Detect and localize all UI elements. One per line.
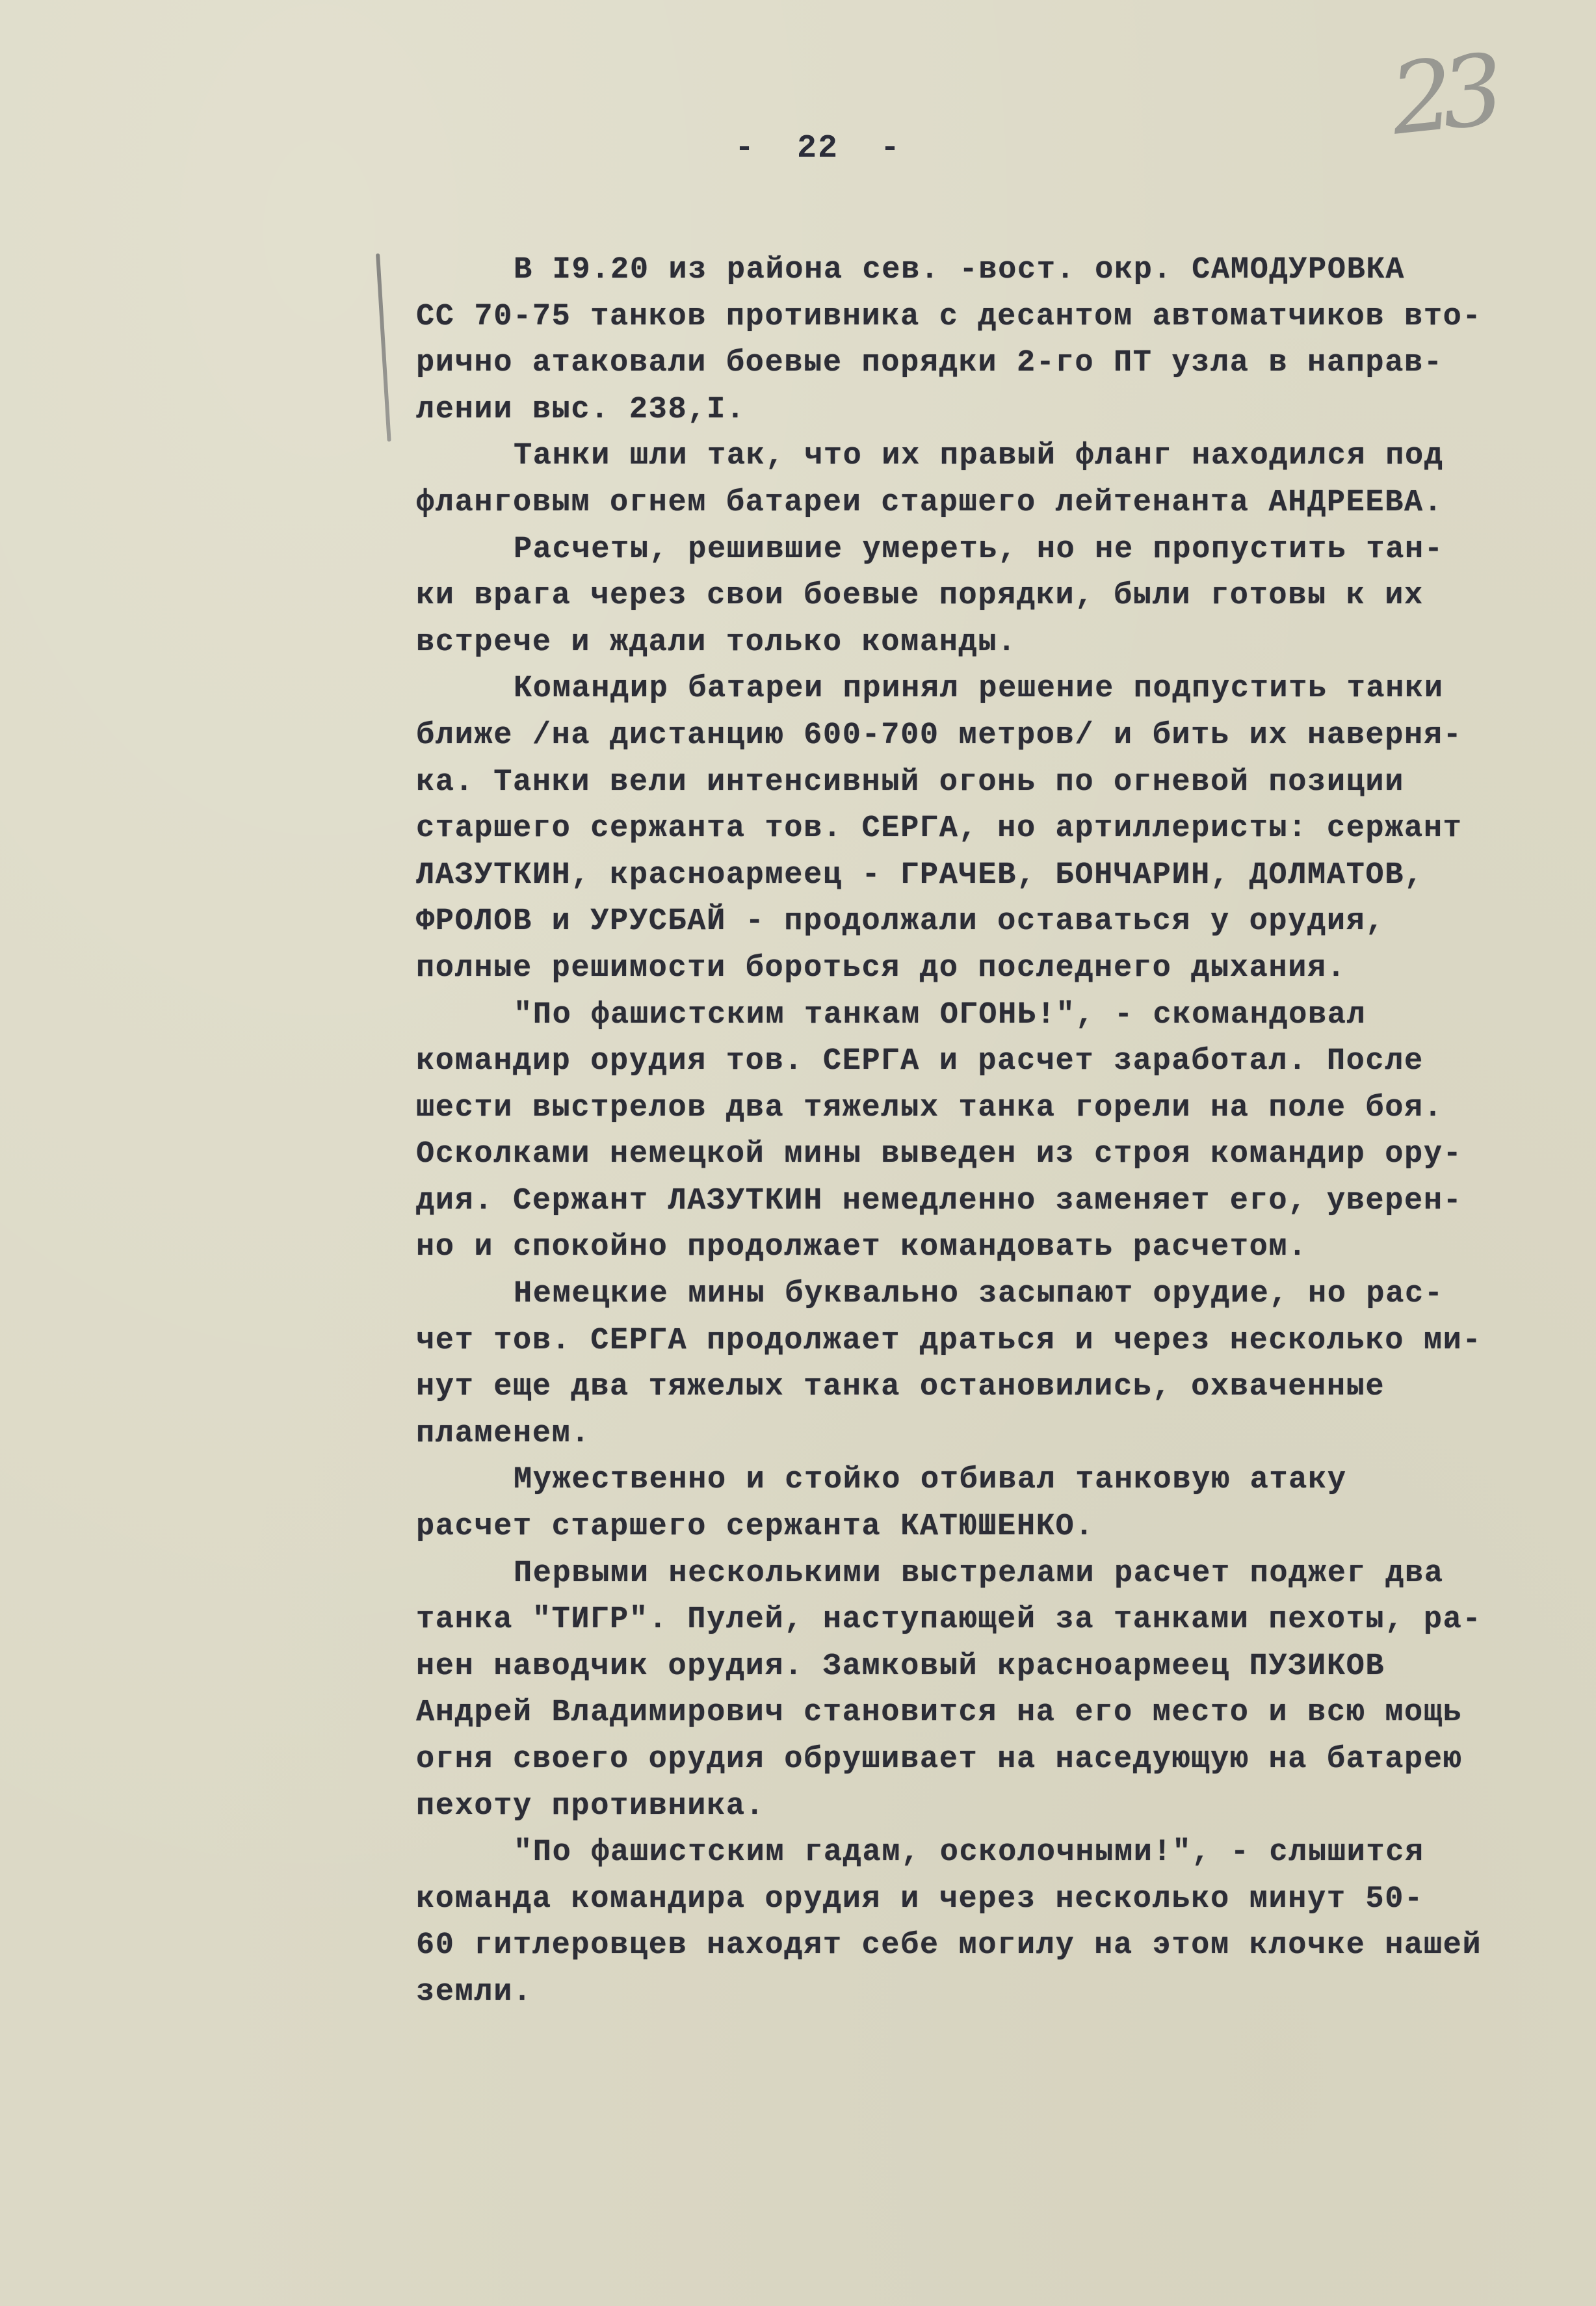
margin-pencil-mark (376, 254, 391, 442)
text-line: дия. Сержант ЛАЗУТКИН немедленно заменяе… (416, 1178, 1560, 1225)
text-line: старшего сержанта тов. СЕРГА, но артилле… (416, 806, 1560, 852)
text-line: "По фашистским гадам, осколочными!", - с… (416, 1829, 1560, 1876)
text-line: пехоту противника. (416, 1783, 1560, 1830)
text-line: чет тов. СЕРГА продолжает драться и чере… (416, 1318, 1560, 1365)
text-line: шести выстрелов два тяжелых танка горели… (416, 1085, 1560, 1132)
text-line: В I9.20 из района сев. -вост. окр. САМОД… (416, 247, 1560, 294)
text-line: расчет старшего сержанта КАТЮШЕНКО. (416, 1504, 1560, 1551)
text-line: "По фашистским танкам ОГОНЬ!", - скоманд… (416, 992, 1560, 1039)
text-line: Осколками немецкой мины выведен из строя… (416, 1131, 1560, 1178)
document-page: 23 - 22 - В I9.20 из района сев. -вост. … (0, 0, 1596, 2306)
text-line: ФРОЛОВ и УРУСБАЙ - продолжали оставаться… (416, 898, 1560, 945)
text-line: ки врага через свои боевые порядки, были… (416, 573, 1560, 620)
text-line: лении выс. 238,I. (416, 387, 1560, 434)
text-line: команда командира орудия и через несколь… (416, 1876, 1560, 1923)
text-line: танка "ТИГР". Пулей, наступающей за танк… (416, 1597, 1560, 1644)
typewritten-body: В I9.20 из района сев. -вост. окр. САМОД… (416, 247, 1560, 2016)
text-line: земли. (416, 1969, 1560, 2016)
text-line: ка. Танки вели интенсивный огонь по огне… (416, 759, 1560, 806)
text-line: полные решимости бороться до последнего … (416, 945, 1560, 992)
text-line: Андрей Владимирович становится на его ме… (416, 1690, 1560, 1736)
text-line: фланговым огнем батареи старшего лейтена… (416, 480, 1560, 527)
page-number: - 22 - (735, 130, 901, 167)
text-line: Командир батареи принял решение подпусти… (416, 666, 1560, 713)
text-line: Первыми несколькими выстрелами расчет по… (416, 1551, 1560, 1597)
text-line: рично атаковали боевые порядки 2-го ПТ у… (416, 340, 1560, 387)
text-line: но и спокойно продолжает командовать рас… (416, 1224, 1560, 1271)
text-line: огня своего орудия обрушивает на наседую… (416, 1736, 1560, 1783)
text-line: Мужественно и стойко отбивал танковую ат… (416, 1457, 1560, 1504)
archive-folio-number: 23 (1385, 34, 1497, 157)
text-line: Немецкие мины буквально засыпают орудие,… (416, 1271, 1560, 1318)
text-line: Танки шли так, что их правый фланг наход… (416, 433, 1560, 480)
text-line: пламенем. (416, 1411, 1560, 1458)
text-line: СС 70-75 танков противника с десантом ав… (416, 294, 1560, 341)
text-line: командир орудия тов. СЕРГА и расчет зара… (416, 1038, 1560, 1085)
text-line: ближе /на дистанцию 600-700 метров/ и би… (416, 713, 1560, 759)
text-line: 60 гитлеровцев находят себе могилу на эт… (416, 1922, 1560, 1969)
text-line: нут еще два тяжелых танка остановились, … (416, 1364, 1560, 1411)
text-line: ЛАЗУТКИН, красноармеец - ГРАЧЕВ, БОНЧАРИ… (416, 852, 1560, 899)
text-line: Расчеты, решившие умереть, но не пропуст… (416, 527, 1560, 573)
text-line: встрече и ждали только команды. (416, 620, 1560, 666)
text-line: нен наводчик орудия. Замковый красноарме… (416, 1644, 1560, 1690)
